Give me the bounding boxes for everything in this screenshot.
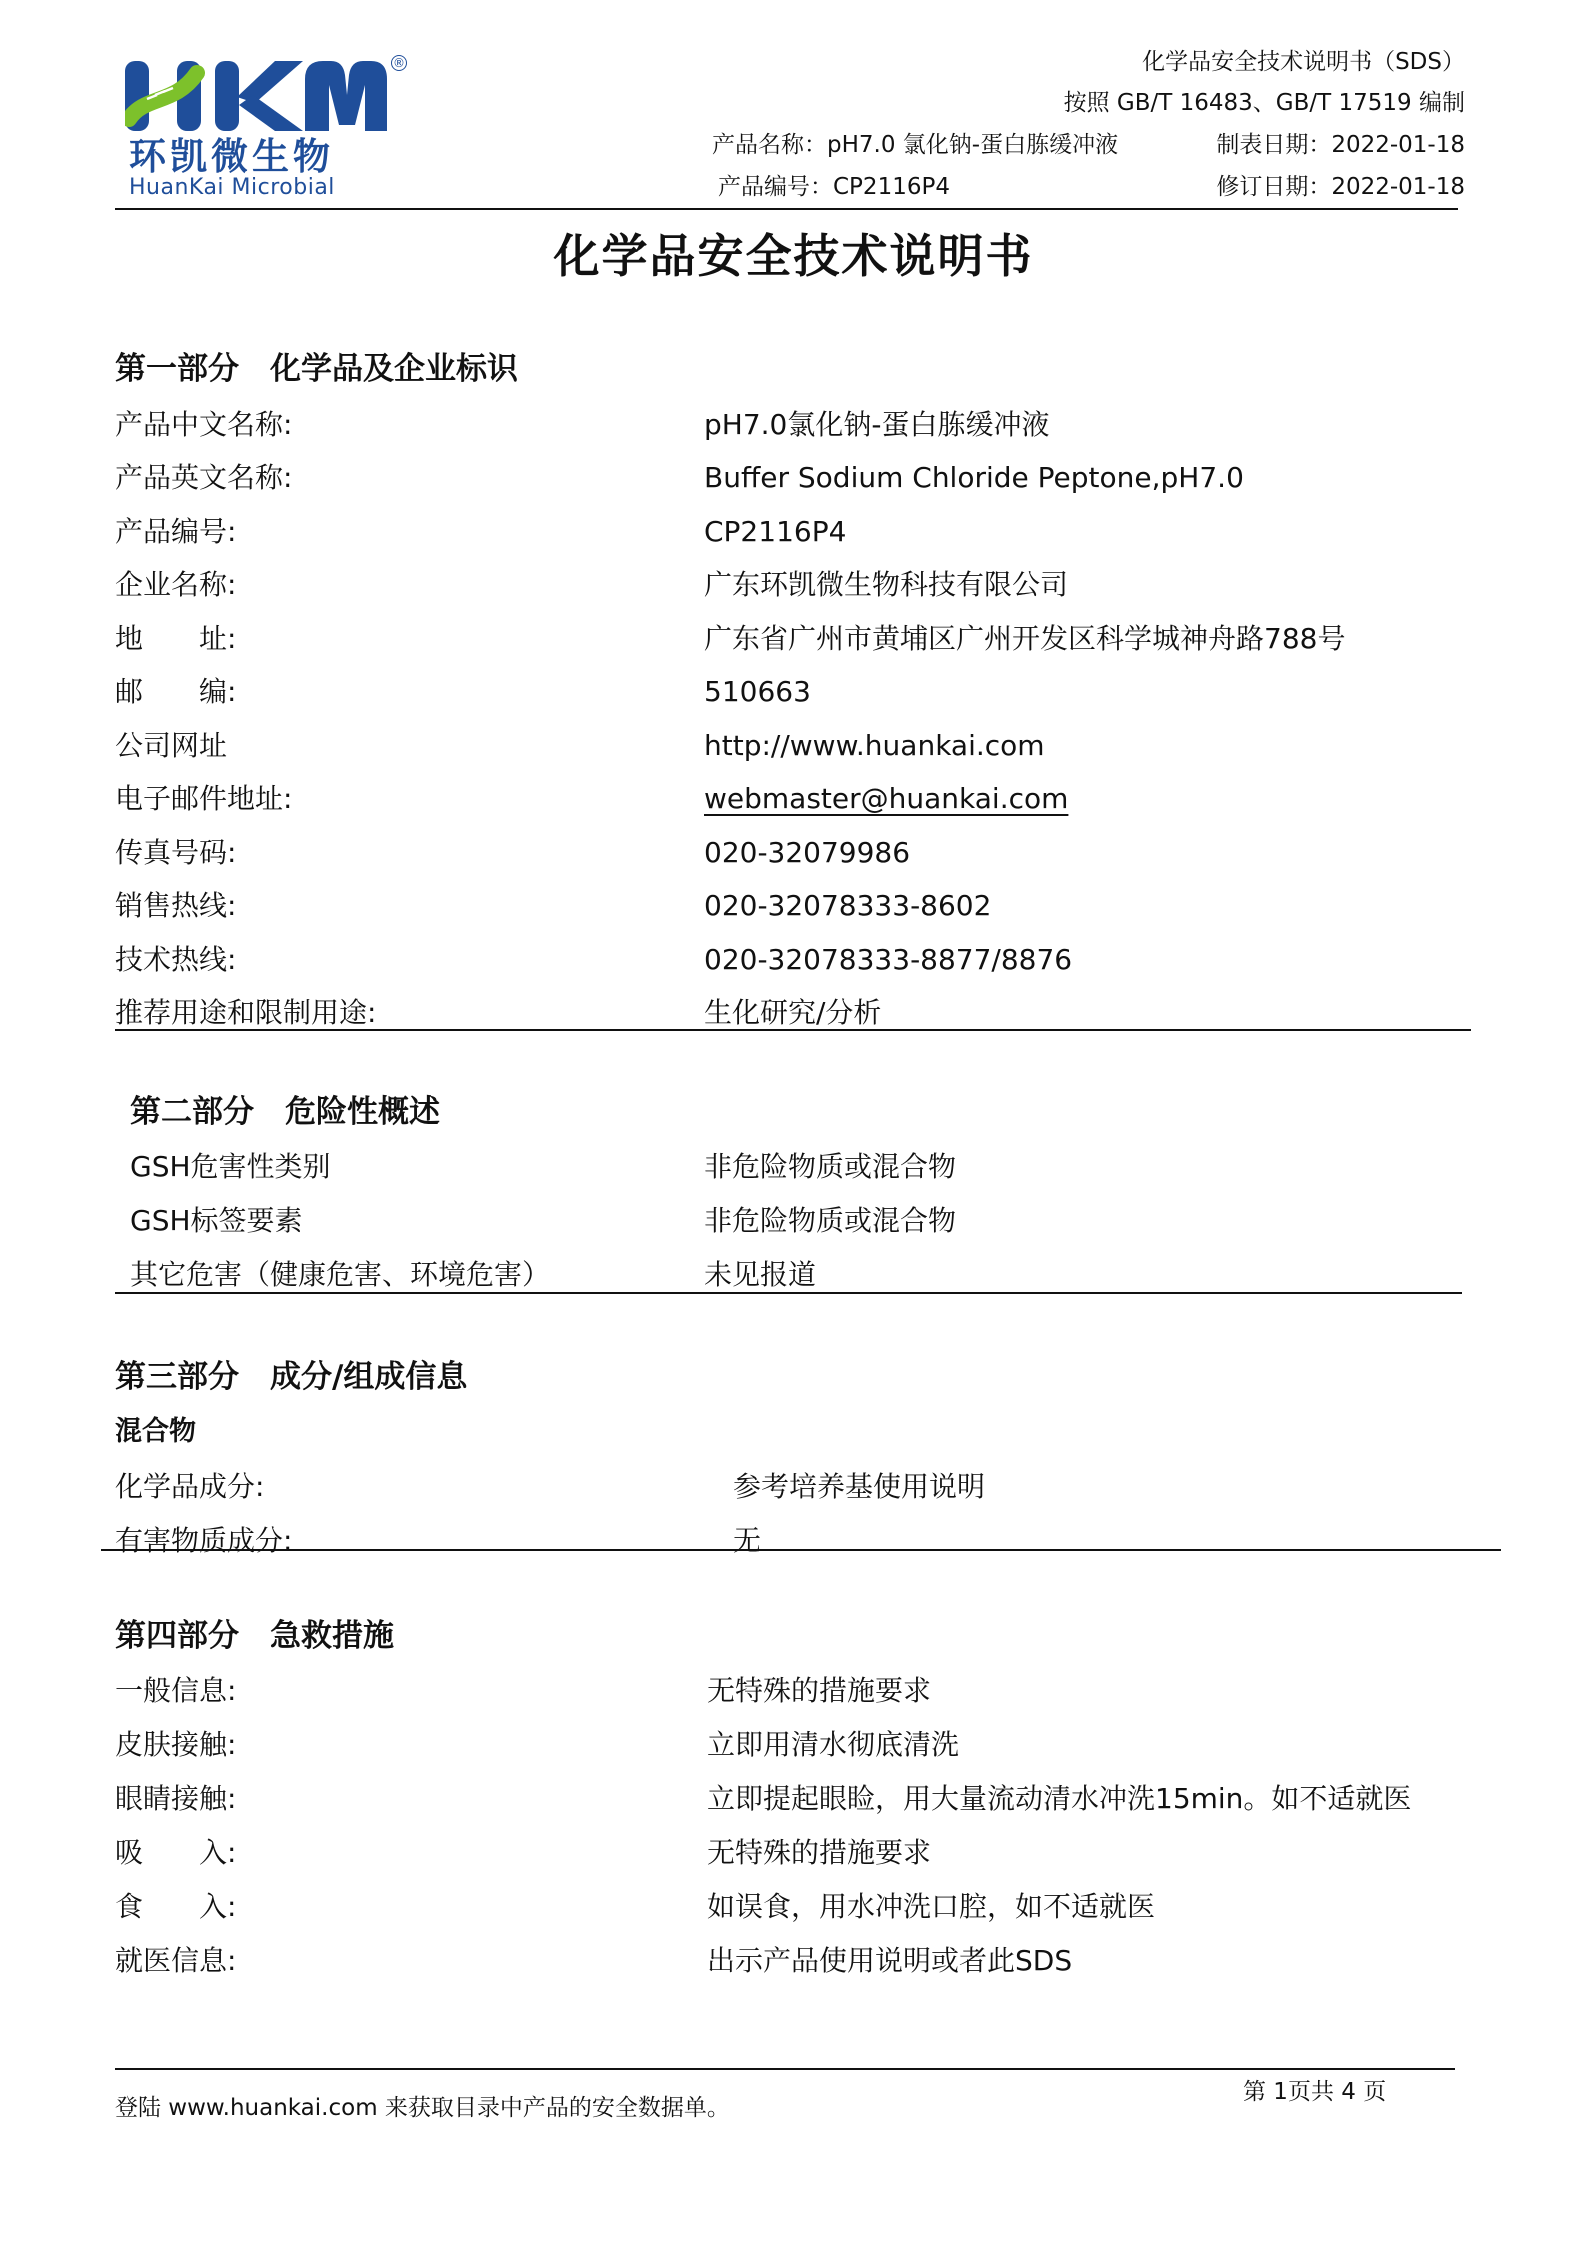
header-product-code: 产品编号：CP2116P4 <box>718 173 950 201</box>
row-label: 一般信息: <box>115 1674 236 1708</box>
section-1-title: 第一部分 化学品及企业标识 <box>115 350 518 388</box>
header-divider <box>115 208 1458 210</box>
row-value: 非危险物质或混合物 <box>704 1204 956 1238</box>
row-label: 技术热线: <box>115 943 236 977</box>
company-logo: ® 环凯微生物 HuanKai Microbial <box>125 55 405 205</box>
row-label: 食 入: <box>115 1890 236 1924</box>
row-label: 销售热线: <box>115 889 236 923</box>
row-label: 产品英文名称: <box>115 461 292 495</box>
row-value: 参考培养基使用说明 <box>733 1470 985 1504</box>
section-3-divider <box>101 1549 1501 1551</box>
website-link[interactable]: http://www.huankai.com <box>704 729 1045 763</box>
row-value: 出示产品使用说明或者此SDS <box>707 1944 1072 1978</box>
row-value: pH7.0氯化钠-蛋白胨缓冲液 <box>704 408 1049 442</box>
row-label: 公司网址 <box>115 729 227 763</box>
row-value: 如误食，用水冲洗口腔，如不适就医 <box>707 1890 1155 1924</box>
row-value: 020-32078333-8602 <box>704 889 991 923</box>
section-3-subtitle: 混合物 <box>115 1415 196 1449</box>
header-product-name: 产品名称：pH7.0 氯化钠-蛋白胨缓冲液 <box>712 131 1118 159</box>
row-label: 眼睛接触: <box>115 1782 236 1816</box>
section-2-divider <box>115 1292 1462 1294</box>
row-label: 皮肤接触: <box>115 1728 236 1762</box>
section-1-divider <box>115 1029 1471 1031</box>
row-value: 广东环凯微生物科技有限公司 <box>704 568 1068 602</box>
product-name-label: 产品名称： <box>712 132 827 158</box>
row-label: GSH危害性类别 <box>130 1150 331 1184</box>
row-label: 就医信息: <box>115 1944 236 1978</box>
header-revised-date: 修订日期：2022-01-18 <box>1216 173 1465 201</box>
page-title: 化学品安全技术说明书 <box>0 228 1587 284</box>
row-value: Buffer Sodium Chloride Peptone,pH7.0 <box>704 461 1244 495</box>
row-label: 传真号码: <box>115 836 236 870</box>
doc-type: 化学品安全技术说明书（SDS） <box>1142 48 1465 76</box>
row-value: 无特殊的措施要求 <box>707 1836 931 1870</box>
row-value: 非危险物质或混合物 <box>704 1150 956 1184</box>
product-name-value: pH7.0 氯化钠-蛋白胨缓冲液 <box>827 132 1118 158</box>
created-value: 2022-01-18 <box>1331 132 1465 158</box>
row-value: 无特殊的措施要求 <box>707 1674 931 1708</box>
footer-divider <box>115 2068 1455 2070</box>
row-value: 020-32078333-8877/8876 <box>704 943 1072 977</box>
revised-value: 2022-01-18 <box>1331 174 1465 200</box>
row-label: 推荐用途和限制用途: <box>115 996 376 1030</box>
revised-label: 修订日期： <box>1216 174 1331 200</box>
row-value: 未见报道 <box>704 1258 816 1292</box>
row-label: 吸 入: <box>115 1836 236 1870</box>
row-label: 电子邮件地址: <box>115 782 292 816</box>
registered-icon: ® <box>391 55 407 71</box>
standard-note: 按照 GB/T 16483、GB/T 17519 编制 <box>1064 89 1465 117</box>
row-label: 地 址: <box>115 622 236 656</box>
row-value: 无 <box>733 1524 761 1558</box>
hkm-logo-mark-icon <box>125 55 390 135</box>
row-value: 生化研究/分析 <box>704 996 881 1030</box>
page-number: 第 1页共 4 页 <box>1243 2078 1386 2106</box>
product-code-label: 产品编号： <box>718 174 833 200</box>
row-value: CP2116P4 <box>704 515 846 549</box>
row-value: 立即用清水彻底清洗 <box>707 1728 959 1762</box>
row-value: 020-32079986 <box>704 836 910 870</box>
row-label: 企业名称: <box>115 568 236 602</box>
section-2-title: 第二部分 危险性概述 <box>130 1093 440 1131</box>
logo-chinese-name: 环凯微生物 <box>129 137 334 177</box>
logo-english-name: HuanKai Microbial <box>129 176 335 200</box>
row-label: 有害物质成分: <box>115 1524 292 1558</box>
section-3-title: 第三部分 成分/组成信息 <box>115 1358 467 1396</box>
row-value: 广东省广州市黄埔区广州开发区科学城神舟路788号 <box>704 622 1345 656</box>
email-link[interactable]: webmaster@huankai.com <box>704 782 1068 816</box>
header-created-date: 制表日期：2022-01-18 <box>1216 131 1465 159</box>
footer-note: 登陆 www.huankai.com 来获取目录中产品的安全数据单。 <box>115 2094 730 2122</box>
created-label: 制表日期： <box>1216 132 1331 158</box>
row-value: 510663 <box>704 675 811 709</box>
row-label: 产品编号: <box>115 515 236 549</box>
row-value: 立即提起眼睑，用大量流动清水冲洗15min。如不适就医 <box>707 1782 1411 1816</box>
row-label: 产品中文名称: <box>115 408 292 442</box>
row-label: 邮 编: <box>115 675 236 709</box>
section-4-title: 第四部分 急救措施 <box>115 1617 394 1655</box>
row-label: GSH标签要素 <box>130 1204 303 1238</box>
product-code-value: CP2116P4 <box>833 174 950 200</box>
row-label: 其它危害（健康危害、环境危害） <box>130 1258 550 1292</box>
row-label: 化学品成分: <box>115 1470 264 1504</box>
